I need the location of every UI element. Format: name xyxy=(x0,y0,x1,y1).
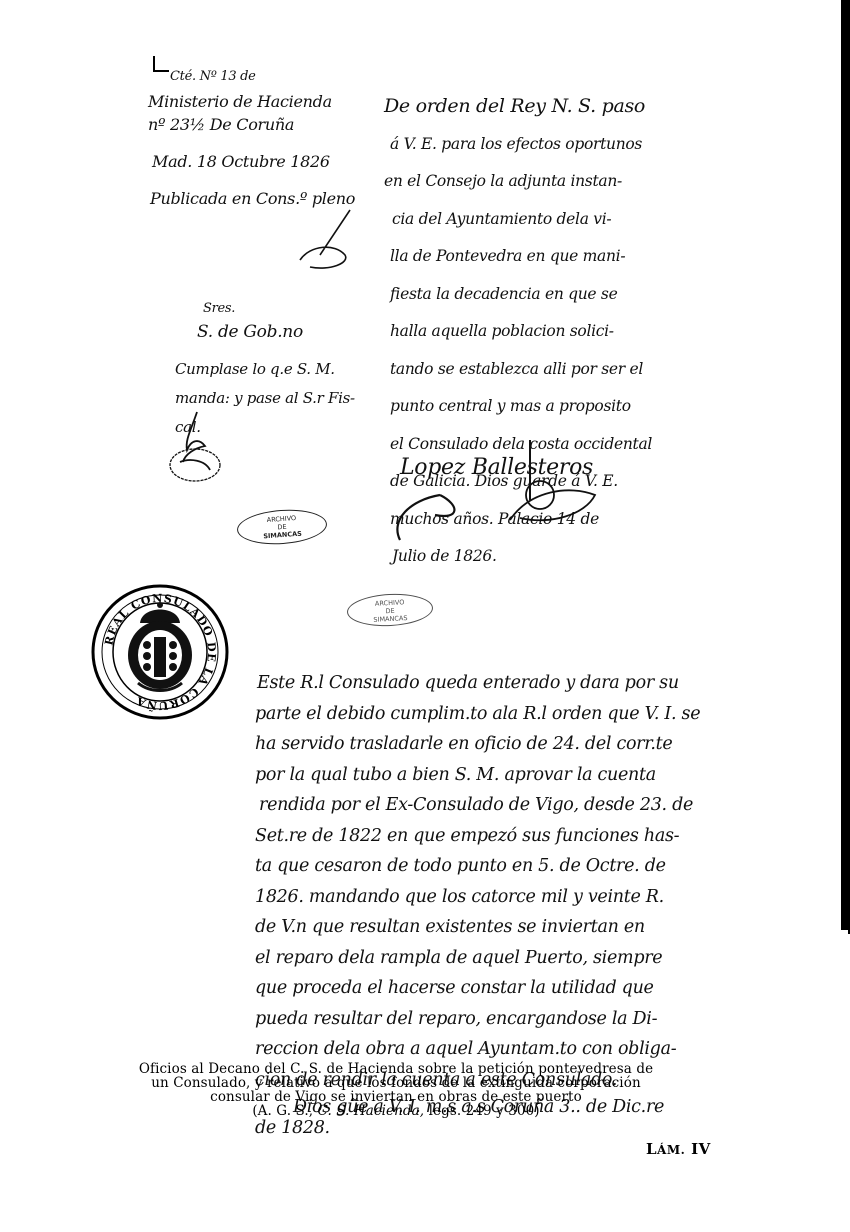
plate-abbrev: ÁM. xyxy=(657,1143,685,1157)
letter-line: halla aquella poblacion solici- xyxy=(390,313,652,351)
reply-line: ta que cesaron de todo punto en 5. de Oc… xyxy=(255,851,700,882)
signature-flourish-icon xyxy=(380,440,620,550)
reply-line: reccion dela obra a aquel Ayuntam.to con… xyxy=(255,1034,700,1065)
plate-numeral: IV xyxy=(691,1140,711,1158)
reply-line: rendida por el Ex-Consulado de Vigo, des… xyxy=(259,790,700,821)
letter-line: tando se establezca alli por ser el xyxy=(390,351,652,389)
reply-line: parte el debido cumplim.to ala R.l orden… xyxy=(255,699,700,730)
letter-line: lla de Pontevedra en que mani- xyxy=(390,238,652,276)
caption-line: consular de Vigo se inviertan en obras d… xyxy=(96,1090,696,1104)
letter-line: cia del Ayuntamiento dela vi- xyxy=(392,201,652,239)
real-consulado-seal-icon: REAL CONSULADO DE LA CORUÑA xyxy=(90,583,230,721)
decree-line: manda: y pase al S.r Fis- xyxy=(175,384,355,413)
decree-line: Sres. xyxy=(203,300,355,318)
letter-line: De orden del Rey N. S. paso xyxy=(384,88,652,126)
caption-line: un Consulado, y relativo a que los fondo… xyxy=(96,1076,696,1090)
reply-line: el reparo dela rampla de aquel Puerto, s… xyxy=(255,943,700,974)
margin-flourish-icon xyxy=(290,205,360,275)
margin-note-top-left: Cté. Nº 13 de Ministerio de Hacienda nº … xyxy=(148,58,355,217)
caption-source-post: legs. 249 y 300) xyxy=(424,1103,539,1119)
caption-source: (A. G. S., C. S. Hacienda, legs. 249 y 3… xyxy=(96,1104,696,1118)
reply-line: Set.re de 1822 en que empezó sus funcion… xyxy=(255,821,700,852)
reply-line: de V.n que resultan existentes se invier… xyxy=(255,912,700,943)
reply-line: de 1828. xyxy=(255,1119,700,1137)
plate-prefix: L xyxy=(646,1140,657,1158)
archive-stamp: ARCHIVO DE SIMANCAS xyxy=(346,592,434,628)
plate-number-label: LÁM. IV xyxy=(646,1140,711,1158)
archive-stamp: ARCHIVO DE SIMANCAS xyxy=(236,507,328,547)
letter-line: en el Consejo la adjunta instan- xyxy=(384,163,652,201)
reply-line: Este R.l Consulado queda enterado y dara… xyxy=(257,668,700,699)
decree-line: Cumplase lo q.e S. M. xyxy=(175,355,355,384)
rubric-flourish-icon xyxy=(165,410,235,485)
reply-line: ha servido trasladarle en oficio de 24. … xyxy=(255,729,700,760)
reply-line: 1826. mandando que los catorce mil y vei… xyxy=(255,882,700,913)
decree-line: S. de Gob.no xyxy=(197,318,355,347)
plate-caption: Oficios al Decano del C. S. de Hacienda … xyxy=(96,1062,696,1118)
margin-note-line: Mad. 18 Octubre 1826 xyxy=(152,143,355,180)
letter-line: punto central y mas a proposito xyxy=(390,388,652,426)
caption-source-pre: (A. G. S., xyxy=(252,1103,317,1119)
reply-line: que proceda el hacerse constar la utilid… xyxy=(255,973,700,1004)
caption-source-italic: C. S. Hacienda, xyxy=(318,1103,425,1119)
letter-line: fiesta la decadencia en que se xyxy=(390,276,652,314)
reply-line: pueda resultar del reparo, encargandose … xyxy=(255,1004,700,1035)
scan-edge-shadow xyxy=(841,0,850,930)
letter-line: á V. E. para los efectos oportunos xyxy=(390,126,652,164)
reply-line: por la qual tubo a bien S. M. aprovar la… xyxy=(255,760,700,791)
caption-line: Oficios al Decano del C. S. de Hacienda … xyxy=(96,1062,696,1076)
